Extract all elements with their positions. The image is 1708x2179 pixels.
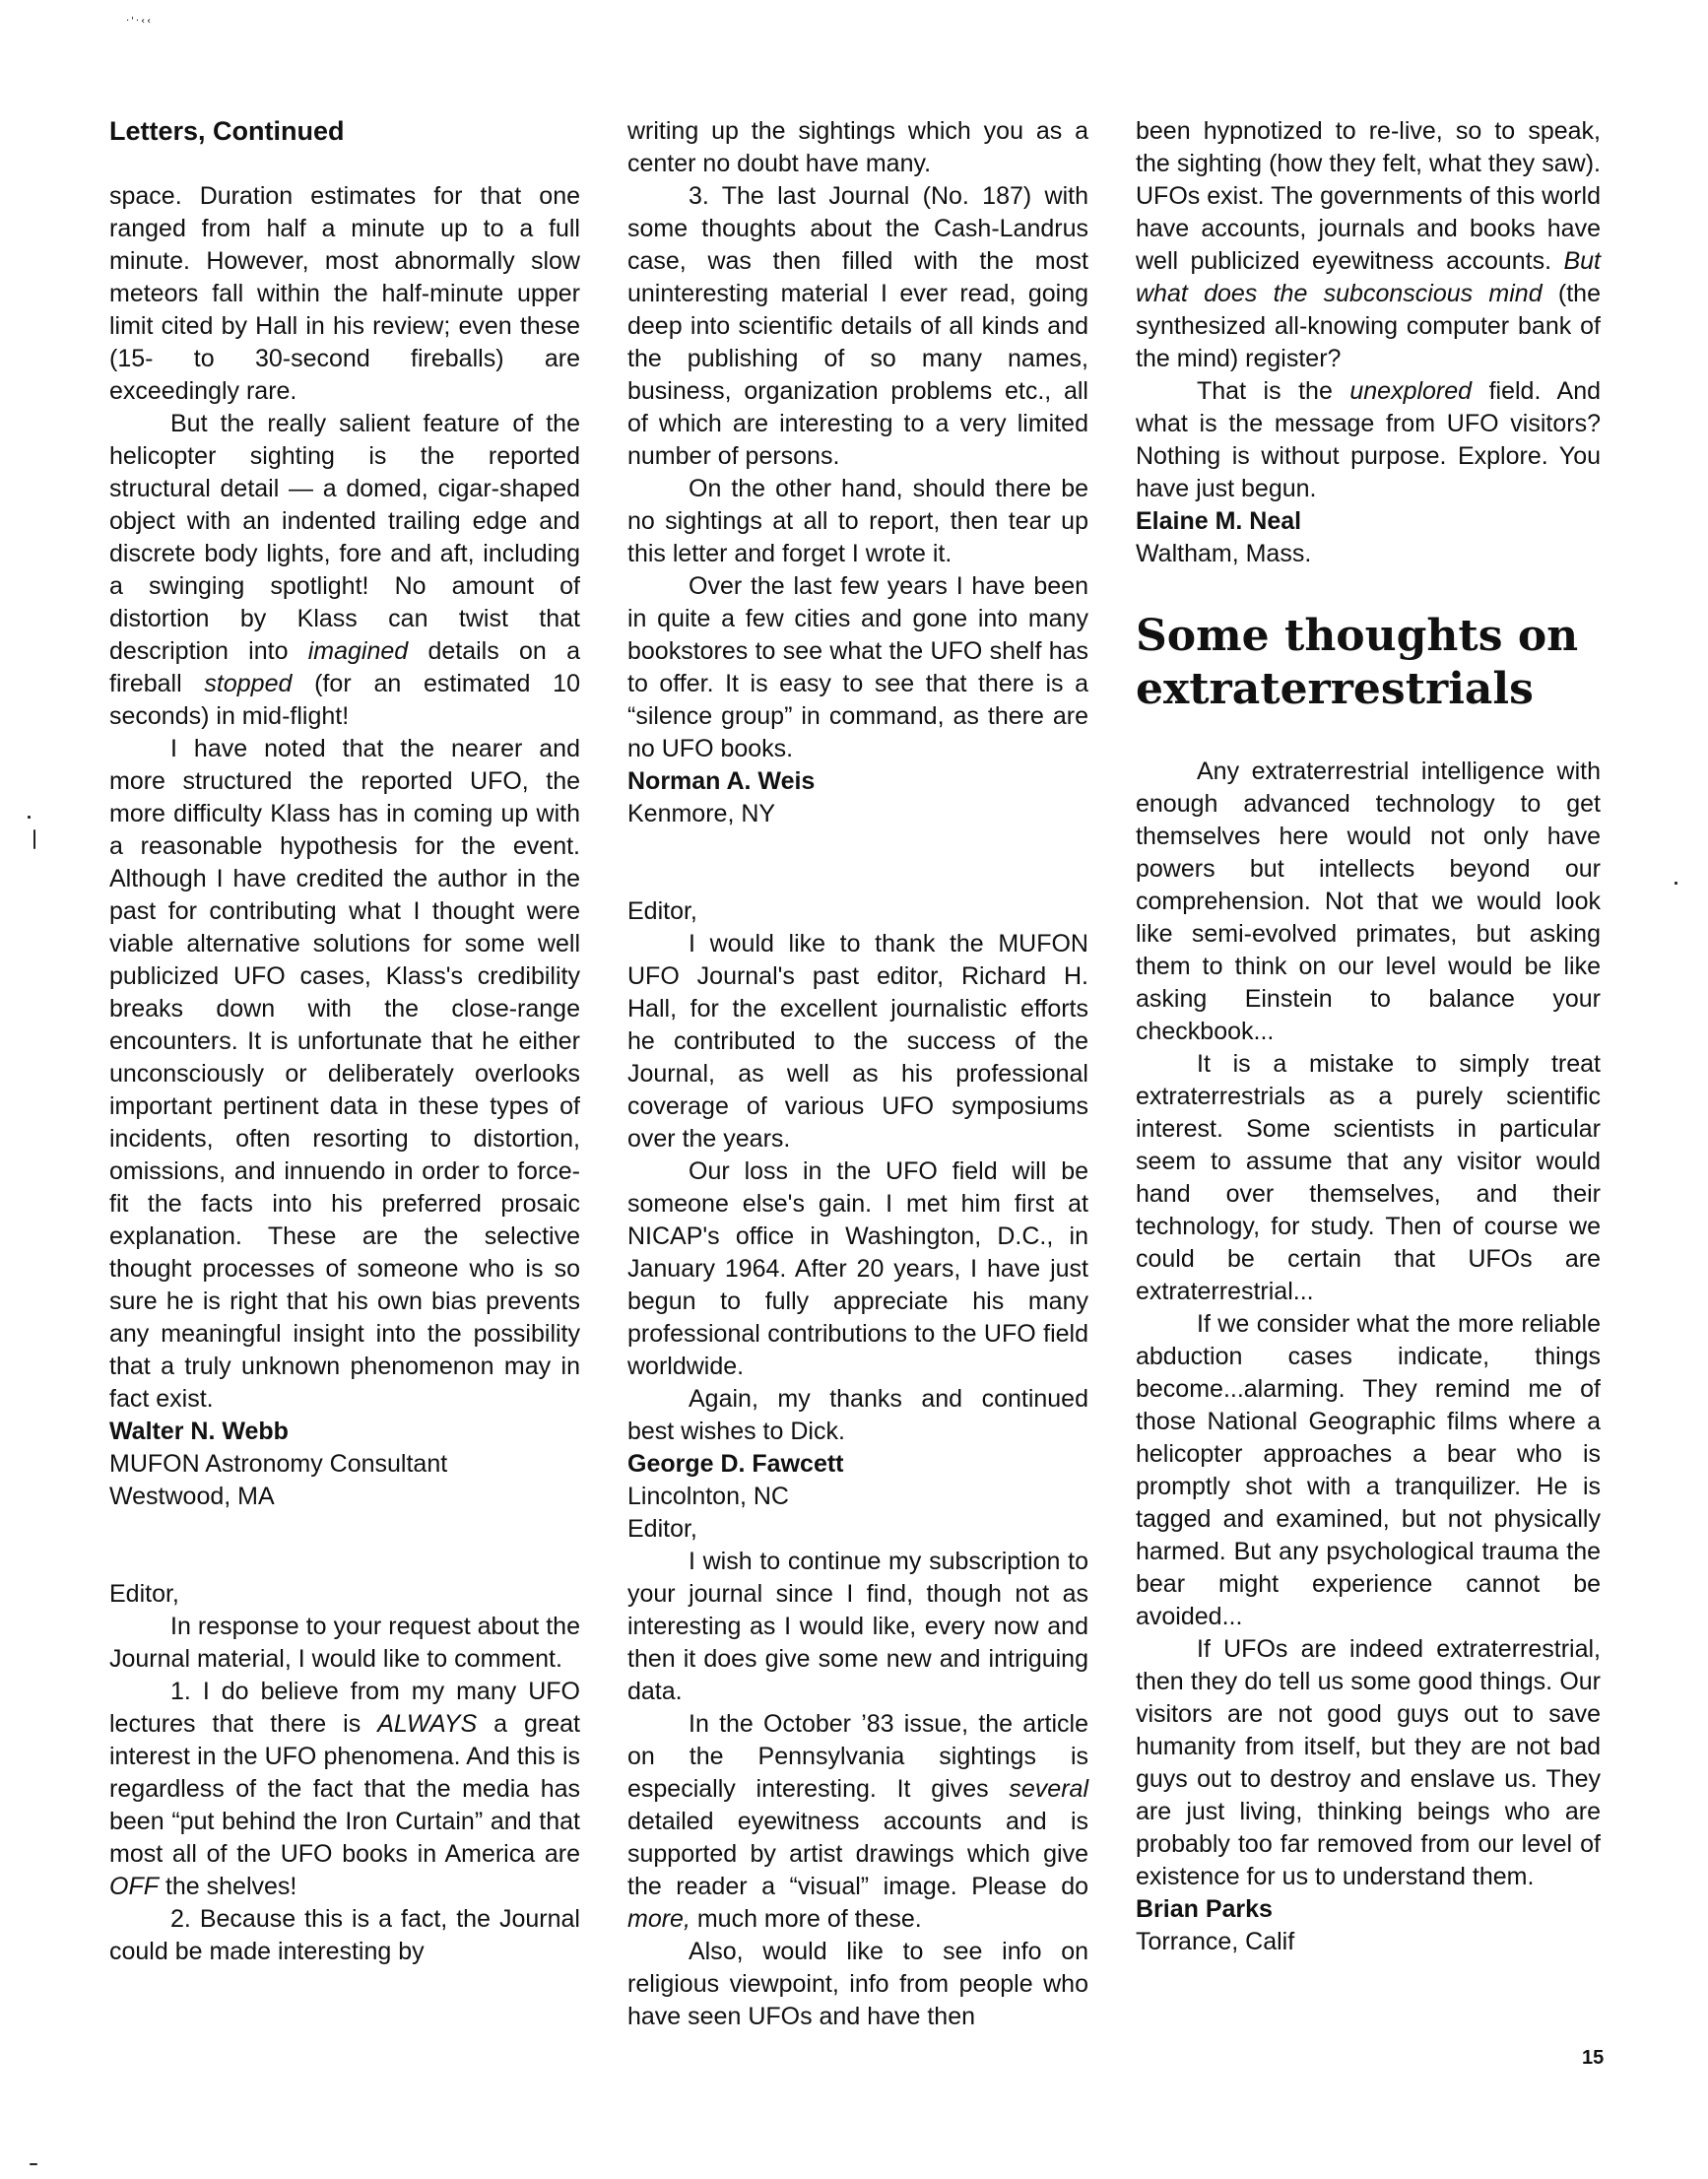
signature-place: Westwood, MA xyxy=(109,1481,580,1513)
paragraph: writing up the sightings which you as a … xyxy=(627,115,1088,180)
letter-gap xyxy=(109,1513,580,1578)
salutation: Editor, xyxy=(627,1513,1088,1546)
emphasis: several xyxy=(1009,1775,1088,1803)
signature-name: George D. Fawcett xyxy=(627,1448,1088,1481)
scan-speck xyxy=(28,816,31,819)
signature-name: Norman A. Weis xyxy=(627,765,1088,798)
paragraph: In response to your request about the Jo… xyxy=(109,1611,580,1676)
column-right: been hypnotized to re-live, so to speak,… xyxy=(1136,115,1601,1958)
signature-place: Kenmore, NY xyxy=(627,798,1088,830)
magazine-page: ·'·‹‹ Letters, Continued space. Duration… xyxy=(0,0,1708,2179)
paragraph: It is a mistake to simply treat extrater… xyxy=(1136,1048,1601,1308)
emphasis: OFF xyxy=(109,1873,159,1900)
paragraph: I would like to thank the MUFON UFO Jour… xyxy=(627,928,1088,1156)
paragraph: If we consider what the more reliable ab… xyxy=(1136,1308,1601,1633)
signature-place: Lincolnton, NC xyxy=(627,1481,1088,1513)
column-middle: writing up the sightings which you as a … xyxy=(627,115,1088,2033)
signature-name: Brian Parks xyxy=(1136,1893,1601,1926)
emphasis: imagined xyxy=(308,637,408,665)
salutation: Editor, xyxy=(109,1578,580,1611)
paragraph: On the other hand, should there be no si… xyxy=(627,473,1088,570)
paragraph: I have noted that the nearer and more st… xyxy=(109,733,580,1416)
scan-speck xyxy=(30,2163,37,2165)
scan-mark: ·'·‹‹ xyxy=(126,16,153,27)
paragraph: 1. I do believe from my many UFO lecture… xyxy=(109,1676,580,1903)
paragraph: 3. The last Journal (No. 187) with some … xyxy=(627,180,1088,473)
column-left: space. Duration estimates for that one r… xyxy=(109,180,580,1968)
paragraph: Over the last few years I have been in q… xyxy=(627,570,1088,765)
paragraph: space. Duration estimates for that one r… xyxy=(109,180,580,408)
emphasis: ALWAYS xyxy=(377,1710,477,1738)
letter-gap xyxy=(627,830,1088,895)
scan-speck xyxy=(1675,882,1677,885)
paragraph: 2. Because this is a fact, the Journal c… xyxy=(109,1903,580,1968)
paragraph: Our loss in the UFO field will be someon… xyxy=(627,1156,1088,1383)
paragraph: I wish to continue my subscription to yo… xyxy=(627,1546,1088,1708)
paragraph: Again, my thanks and continued best wish… xyxy=(627,1383,1088,1448)
signature-place: Torrance, Calif xyxy=(1136,1926,1601,1958)
signature-name: Elaine M. Neal xyxy=(1136,505,1601,538)
article-title: Some thoughts on extraterrestrials xyxy=(1136,610,1601,716)
scan-speck xyxy=(33,829,35,849)
page-number: 15 xyxy=(1582,2047,1604,2070)
paragraph: Also, would like to see info on religiou… xyxy=(627,1936,1088,2033)
paragraph: Any extraterrestrial intelligence with e… xyxy=(1136,756,1601,1048)
article-title-line: extraterrestrials xyxy=(1136,663,1601,716)
paragraph: been hypnotized to re-live, so to speak,… xyxy=(1136,115,1601,375)
section-gap xyxy=(1136,716,1601,756)
signature-place: Waltham, Mass. xyxy=(1136,538,1601,570)
emphasis: unexplored xyxy=(1349,377,1472,405)
salutation: Editor, xyxy=(627,895,1088,928)
emphasis: stopped xyxy=(204,670,292,697)
running-head: Letters, Continued xyxy=(109,116,345,147)
paragraph: If UFOs are indeed extraterrestrial, the… xyxy=(1136,1633,1601,1893)
section-gap xyxy=(1136,570,1601,610)
paragraph: But the really salient feature of the he… xyxy=(109,408,580,733)
paragraph: That is the unexplored field. And what i… xyxy=(1136,375,1601,505)
signature-name: Walter N. Webb xyxy=(109,1416,580,1448)
signature-title: MUFON Astronomy Consultant xyxy=(109,1448,580,1481)
emphasis: more, xyxy=(627,1905,690,1933)
article-title-line: Some thoughts on xyxy=(1136,610,1601,663)
paragraph: In the October ’83 issue, the article on… xyxy=(627,1708,1088,1936)
